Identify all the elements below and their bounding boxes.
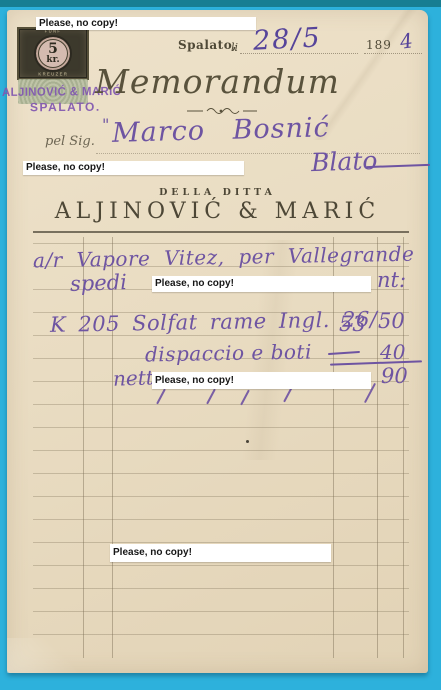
stamp-top-text: FÜNF	[45, 30, 62, 34]
dateline-li-label: li	[231, 41, 238, 54]
handwritten-day-month: 28/5	[252, 22, 322, 57]
ledger-row-lines	[33, 243, 409, 657]
no-copy-watermark: Please, no copy!	[152, 372, 371, 389]
handwritten-quote-mark: "	[102, 115, 109, 134]
header-rule	[33, 231, 409, 233]
dateline-dotted-rule	[364, 52, 422, 54]
memorandum-title: Memorandum	[7, 62, 428, 101]
scanned-memorandum-document: FÜNF 5 kr. KREUZER ALJINOVIĆ & MARIĆ SPA…	[0, 0, 441, 690]
entry-line-5-fragment: nett	[113, 365, 155, 390]
addressee-label: pel Sig.	[45, 134, 95, 149]
ledger-column-line	[333, 237, 334, 658]
ledger-column-line	[377, 237, 378, 658]
firm-name: ALJINOVIĆ & MARIĆ	[7, 199, 428, 224]
entry-line-3-amount: 53	[339, 312, 366, 336]
dateline-place: Spalato,	[178, 38, 237, 52]
no-copy-watermark: Please, no copy!	[110, 544, 331, 562]
dateline-year-printed: 189	[366, 38, 392, 52]
della-ditta-label: DELLA DITTA	[7, 187, 428, 198]
ink-dot	[246, 440, 249, 443]
ledger-column-line	[112, 237, 113, 658]
ledger-column-line	[403, 237, 404, 658]
handwritten-addressee-name: Marco Bosnić	[112, 112, 330, 149]
no-copy-watermark: Please, no copy!	[152, 276, 371, 292]
entry-line-2-fragment-left: spedi	[70, 270, 128, 296]
ledger-column-line	[83, 237, 84, 658]
handwritten-year-digit: 4	[398, 28, 414, 54]
entry-line-4: dispaccio e boti	[145, 340, 312, 367]
scanner-background-edge	[0, 0, 441, 7]
no-copy-watermark: Please, no copy!	[23, 161, 244, 175]
entry-line-2-fragment-right: nt:	[377, 268, 406, 292]
handwritten-addressee-place: Blato	[311, 146, 378, 177]
no-copy-watermark: Please, no copy!	[36, 17, 256, 30]
entry-line-5-cents: 90	[381, 364, 408, 388]
stamp-value: 5	[48, 43, 58, 56]
entry-line-3-cents: 50	[378, 309, 405, 333]
rubber-stamp-city: SPALATO.	[30, 100, 101, 115]
